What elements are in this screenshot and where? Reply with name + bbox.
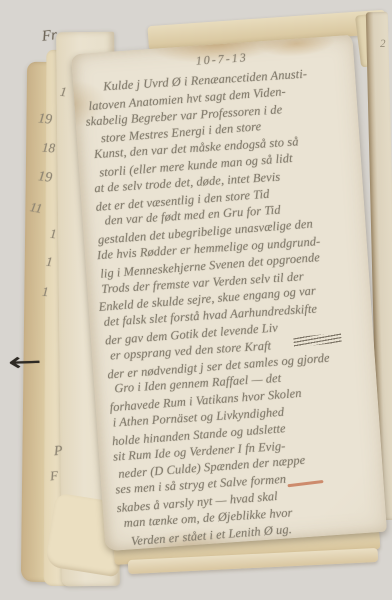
margin-mark: F bbox=[49, 468, 59, 485]
margin-mark: P bbox=[53, 444, 63, 461]
margin-mark: 11 bbox=[29, 199, 44, 217]
notebook-photo: 2 Fr119181911111PF ← 10-7-13 Kulde j Uvr… bbox=[0, 0, 392, 600]
margin-mark: 18 bbox=[41, 140, 55, 157]
margin-mark: 19 bbox=[37, 111, 53, 128]
margin-mark: 19 bbox=[37, 169, 53, 187]
manuscript-page: 10-7-13 Kulde j Uvrd Ø i Renæancetiden A… bbox=[71, 35, 387, 551]
margin-mark: 1 bbox=[59, 84, 68, 101]
handwritten-text-block: Kulde j Uvrd Ø i Renæancetiden Anusti-la… bbox=[87, 62, 379, 549]
margin-marks-column: Fr119181911111PF bbox=[28, 24, 98, 574]
margin-mark: 1 bbox=[45, 254, 53, 271]
next-page-number: 2 bbox=[380, 38, 386, 50]
margin-mark: 1 bbox=[41, 284, 49, 300]
margin-mark: Fr bbox=[41, 27, 58, 45]
entry-date: 10-7-13 bbox=[195, 50, 248, 69]
left-arrow-icon: ← bbox=[7, 347, 43, 378]
margin-mark: 1 bbox=[49, 226, 57, 243]
